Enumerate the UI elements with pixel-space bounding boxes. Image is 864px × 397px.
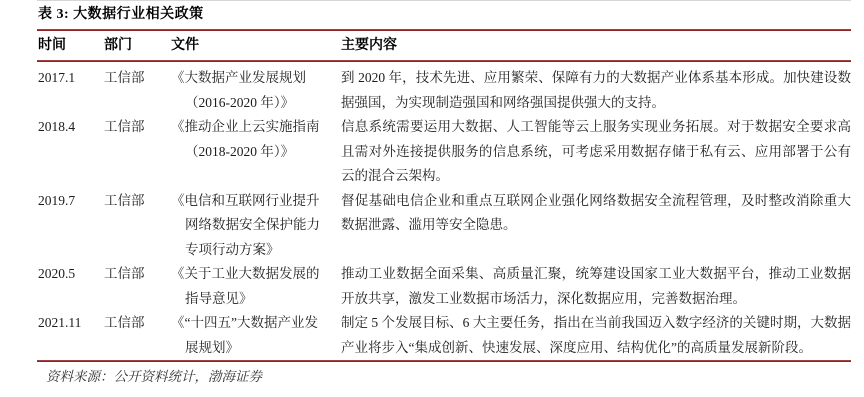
table-title: 表 3: 大数据行业相关政策	[38, 6, 851, 24]
col-header-content: 主要内容	[341, 38, 851, 54]
row-time: 2017.1	[38, 66, 104, 91]
table-row: 2020.5 工信部 《关于工业大数据发展的指导意见》 推动工业数据全面采集、高…	[38, 262, 851, 311]
row-content: 推动工业数据全面采集、高质量汇聚，统筹建设国家工业大数据平台，推动工业数据开放共…	[341, 262, 851, 311]
table-body: 2017.1 工信部 《大数据产业发展规划（2016-2020 年）》 到 20…	[38, 62, 851, 360]
row-dept: 工信部	[104, 262, 171, 287]
row-dept: 工信部	[104, 115, 171, 140]
row-file: 《大数据产业发展规划（2016-2020 年）》	[171, 66, 327, 115]
row-dept: 工信部	[104, 189, 171, 214]
report-table-page: 表 3: 大数据行业相关政策 时间 部门 文件 主要内容 2017.1 工信部 …	[0, 0, 864, 397]
bottom-rule	[37, 360, 851, 362]
source-note: 资料来源：公开资料统计，渤海证券	[46, 367, 851, 387]
policy-table: 表 3: 大数据行业相关政策 时间 部门 文件 主要内容 2017.1 工信部 …	[0, 0, 864, 387]
col-header-dept: 部门	[104, 38, 171, 54]
row-file: 《电信和互联网行业提升网络数据安全保护能力专项行动方案》	[171, 189, 327, 263]
table-header-row: 时间 部门 文件 主要内容	[38, 31, 851, 60]
row-dept: 工信部	[104, 66, 171, 91]
row-file: 《推动企业上云实施指南（2018-2020 年）》	[171, 115, 327, 164]
row-content: 督促基础电信企业和重点互联网企业强化网络数据安全流程管理，及时整改消除重大数据泄…	[341, 189, 851, 238]
row-dept: 工信部	[104, 311, 171, 336]
row-time: 2019.7	[38, 189, 104, 214]
col-header-file: 文件	[171, 38, 341, 54]
row-file: 《关于工业大数据发展的指导意见》	[171, 262, 327, 311]
col-header-time: 时间	[38, 38, 104, 54]
table-row: 2021.11 工信部 《“十四五”大数据产业发展规划》 制定 5 个发展目标、…	[38, 311, 851, 360]
row-time: 2018.4	[38, 115, 104, 140]
row-content: 制定 5 个发展目标、6 大主要任务，指出在当前我国迈入数字经济的关键时期，大数…	[341, 311, 851, 360]
row-file: 《“十四五”大数据产业发展规划》	[171, 311, 327, 360]
row-time: 2021.11	[38, 311, 104, 336]
row-time: 2020.5	[38, 262, 104, 287]
row-content: 信息系统需要运用大数据、人工智能等云上服务实现业务拓展。对于数据安全要求高且需对…	[341, 115, 851, 189]
table-row: 2018.4 工信部 《推动企业上云实施指南（2018-2020 年）》 信息系…	[38, 115, 851, 189]
row-content: 到 2020 年，技术先进、应用繁荣、保障有力的大数据产业体系基本形成。加快建设…	[341, 66, 851, 115]
table-row: 2017.1 工信部 《大数据产业发展规划（2016-2020 年）》 到 20…	[38, 66, 851, 115]
table-row: 2019.7 工信部 《电信和互联网行业提升网络数据安全保护能力专项行动方案》 …	[38, 189, 851, 263]
page-top-divider	[37, 0, 851, 1]
